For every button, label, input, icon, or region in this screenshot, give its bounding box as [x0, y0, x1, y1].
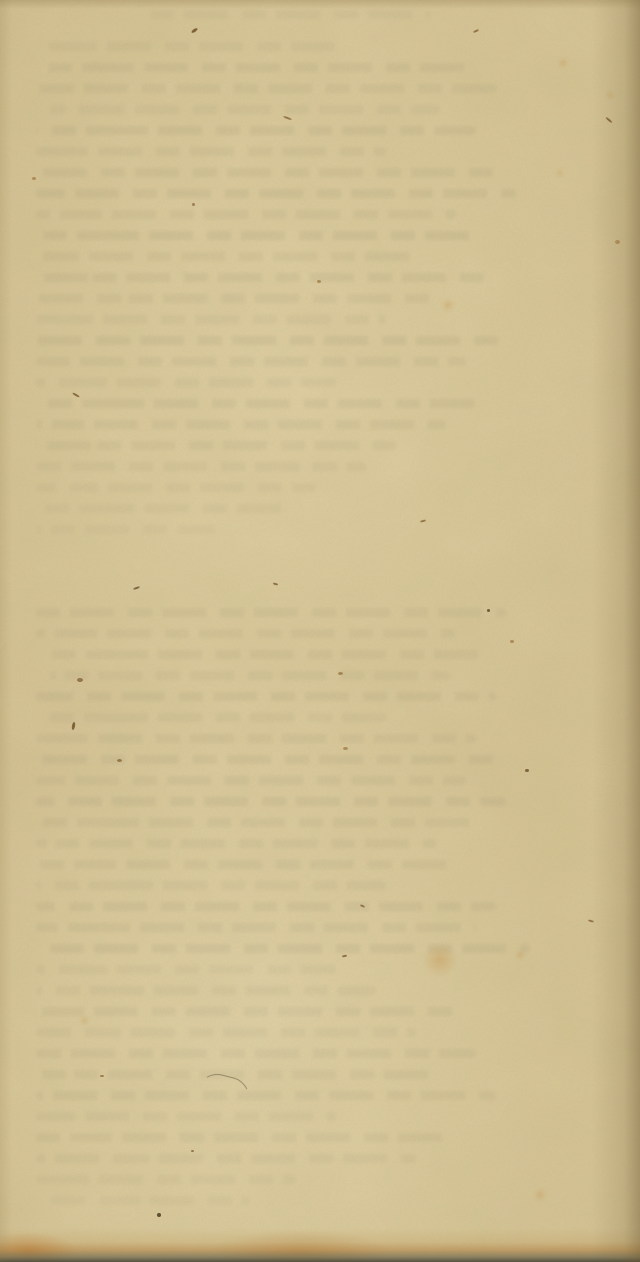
paper-speck	[191, 1150, 194, 1152]
paper-speck	[117, 759, 122, 762]
paper-speck	[317, 280, 321, 283]
stain-spot	[558, 58, 568, 68]
paper-speck	[343, 747, 348, 750]
stain-spot	[534, 1189, 546, 1201]
stain-spot	[515, 950, 525, 960]
paper-speck	[510, 640, 514, 643]
scanned-book-page	[0, 0, 640, 1262]
paper-speck	[32, 177, 36, 180]
paper-speck	[77, 678, 83, 682]
paper-speck	[192, 203, 195, 206]
stain-spot	[442, 299, 454, 311]
stain-spot	[556, 169, 564, 177]
paper-speck	[157, 1213, 161, 1217]
paper-speck	[100, 1075, 104, 1077]
stain-spot	[80, 1016, 89, 1025]
paper-speck	[615, 240, 620, 244]
paper-speck	[525, 769, 529, 772]
paper-texture	[0, 0, 640, 1262]
stain-spot	[423, 943, 457, 977]
paper-speck	[487, 609, 490, 612]
paper-speck	[338, 672, 343, 675]
stain-spot	[606, 91, 614, 99]
